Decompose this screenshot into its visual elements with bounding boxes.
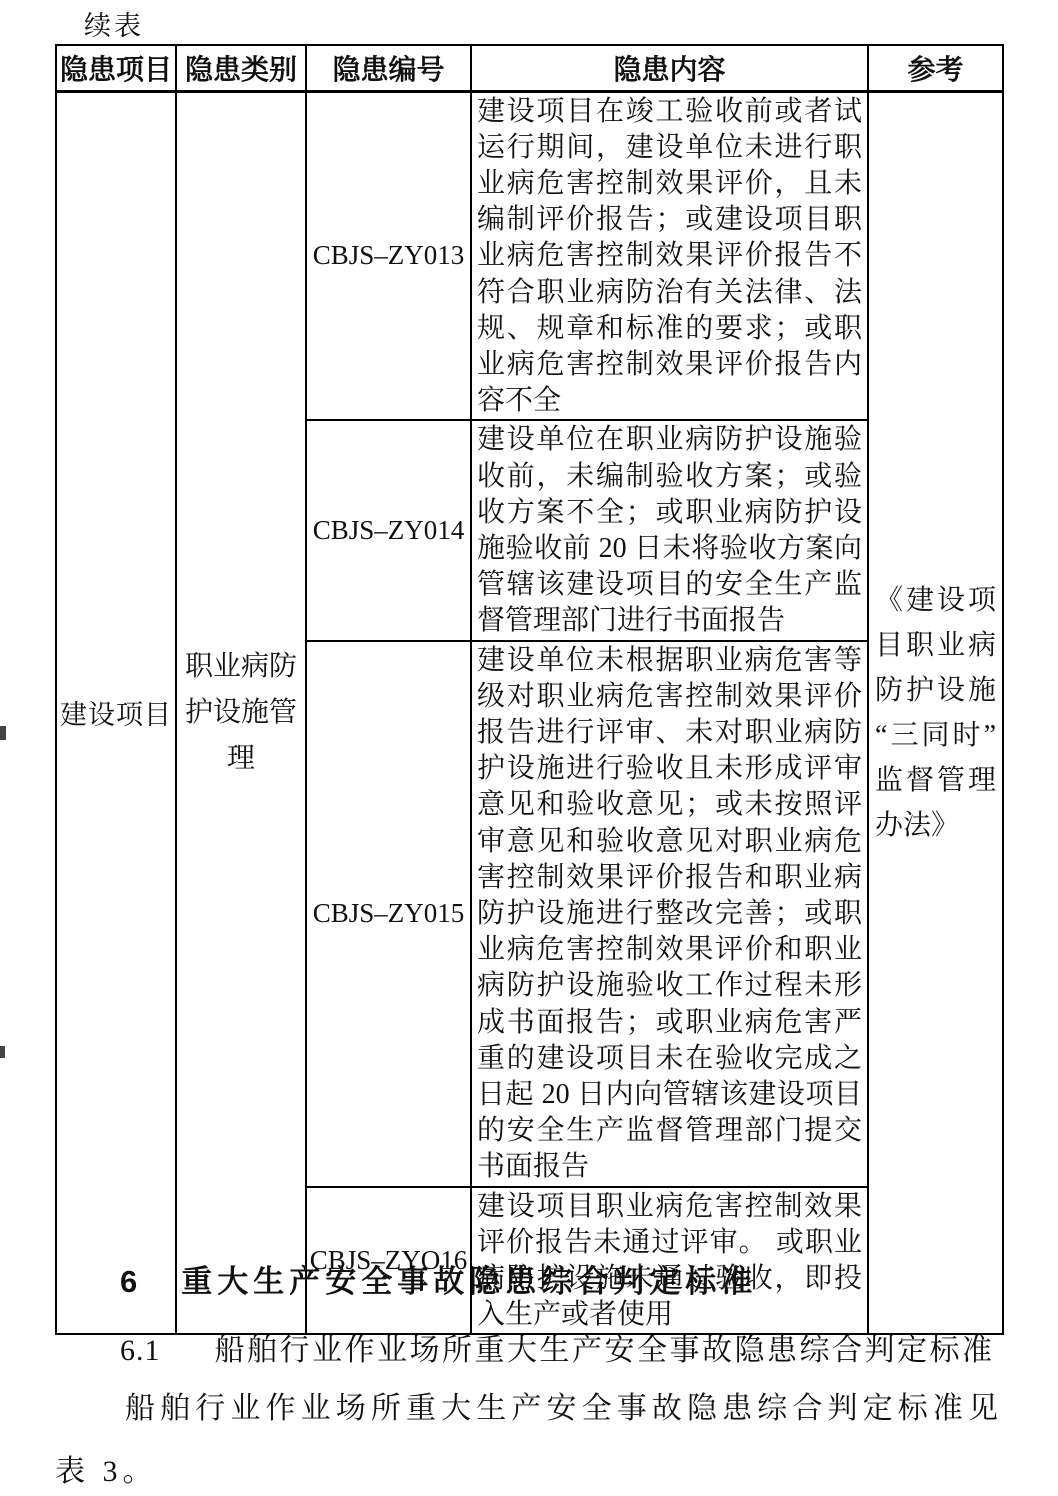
reference-line: 办法》 [875,803,996,848]
hazard-content-cell: 建设单位未根据职业病危害等级对职业病危害控制效果评价报告进行评审、未对职业病防护… [471,641,868,1187]
header-reference: 参考 [868,45,1003,91]
hazard-id-cell: CBJS–ZY015 [306,641,471,1187]
section-6-heading: 6重大生产安全事故隐患综合判定标准 [120,1256,757,1301]
hazard-category-cell: 职业病防护设施管理 [176,91,306,1334]
header-hazard-id: 隐患编号 [306,45,471,91]
section-6-1-heading: 6.1船舶行业作业场所重大生产安全事故隐患综合判定标准 [120,1325,995,1369]
reference-line: 防护设施 [875,668,996,713]
reference-line: 《建设项 [875,578,996,623]
hazard-id-cell: CBJS–ZY013 [306,91,471,420]
hazard-id-cell: CBJS–ZY014 [306,420,471,640]
body-paragraph: 船舶行业作业场所重大生产安全事故隐患综合判定标准见表 3。 [55,1377,1003,1496]
reference-cell: 《建设项 目职业病 防护设施 “三同时” 监督管理 办法》 [868,91,1003,1334]
reference-line: 目职业病 [875,623,996,668]
reference-line: 监督管理 [875,758,996,803]
table-row: 建设项目 职业病防护设施管理 CBJS–ZY013 建设项目在竣工验收前或者试运… [56,91,1003,420]
scan-artifact [0,1046,5,1058]
hazard-content-cell: 建设单位在职业病防护设施验收前，未编制验收方案；或验收方案不全；或职业病防护设施… [471,420,868,640]
header-hazard-category: 隐患类别 [176,45,306,91]
hazard-table: 隐患项目 隐患类别 隐患编号 隐患内容 参考 建设项目 职业病防护设施管理 CB… [55,44,1004,1335]
hazard-content-cell: 建设项目在竣工验收前或者试运行期间，建设单位未进行职业病危害控制效果评价，且未编… [471,91,868,420]
header-hazard-content: 隐患内容 [471,45,868,91]
continuation-label: 续表 [84,4,144,43]
section-6-title: 重大生产安全事故隐患综合判定标准 [181,1264,757,1299]
section-6-1-number: 6.1 [120,1334,161,1367]
table-header-row: 隐患项目 隐患类别 隐患编号 隐患内容 参考 [56,45,1003,91]
section-6-number: 6 [120,1264,137,1299]
reference-line: “三同时” [875,713,996,758]
scan-artifact [0,726,6,740]
section-6-1-title: 船舶行业作业场所重大生产安全事故隐患综合判定标准 [215,1334,995,1367]
header-hazard-item: 隐患项目 [56,45,176,91]
hazard-item-cell: 建设项目 [56,91,176,1334]
